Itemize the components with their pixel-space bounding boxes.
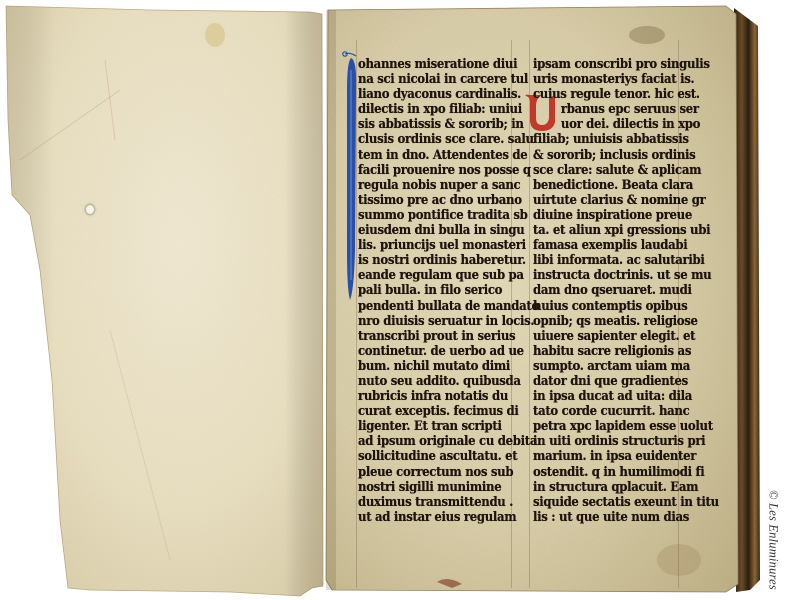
text-line: dilectis in xpo filiab: uniui	[358, 101, 539, 116]
text-line: dator dni que gradientes	[533, 373, 719, 388]
text-line: summo pontifice tradita sb	[358, 207, 539, 222]
text-line: tem in dno. Attendentes de	[358, 147, 539, 162]
text-line: ta. et aliun xpi gressions ubi	[533, 222, 719, 237]
text-line: habitu sacre religionis as	[533, 343, 719, 358]
text-line: uirtute clarius & nomine gr	[533, 192, 719, 207]
text-line: opnib; qs meatis. religiose	[533, 313, 719, 328]
text-line: filiab; uniuisis abbatissis	[533, 131, 719, 146]
text-line: nostri sigilli munimine	[358, 479, 539, 494]
text-line: uor dei. dilectis in xpo	[533, 116, 719, 131]
text-line: famasa exemplis laudabi	[533, 237, 719, 252]
text-line: eiusdem dni bulla in singu	[358, 222, 539, 237]
text-line: ostendit. q in humilimodi fi	[533, 464, 719, 479]
text-line: instructa doctrinis. ut se mu	[533, 267, 719, 282]
text-line: eande regulam que sub pa	[358, 267, 539, 282]
watermark-text: © Les Enluminures	[766, 490, 781, 590]
text-line: sce clare: salute & aplicam	[533, 162, 719, 177]
blue-initial-i	[342, 50, 358, 302]
text-line: siquide sectatis exeunt in titu	[533, 494, 719, 509]
text-line: facili prouenire nos posse q	[358, 162, 539, 177]
text-line: ipsam conscribi pro singulis	[533, 56, 719, 71]
text-line: lis. priuncijs uel monasteri	[358, 237, 539, 252]
left-leaf-vellum	[0, 0, 330, 600]
text-line: petra xpc lapidem esse uolut	[533, 418, 719, 433]
text-column-a: ohannes miseratione diui na sci nicolai …	[358, 56, 539, 524]
text-line: nuto seu addito. quibusda	[358, 373, 539, 388]
text-line: dam dno qseruaret. mudi	[533, 282, 719, 297]
text-line: liano dyaconus cardinalis.	[358, 86, 539, 101]
text-line: pleue correctum nos sub	[358, 464, 539, 479]
text-column-b: ipsam conscribi pro singulis uris monast…	[533, 56, 719, 524]
text-line: pendenti bullata de mandato	[358, 298, 539, 313]
text-line: pali bulla. in filo serico	[358, 282, 539, 297]
text-line: sollicitudine ascultatu. et	[358, 448, 539, 463]
text-line: in structura qplacuit. Eam	[533, 479, 719, 494]
text-line: nro diuisis seruatur in locis.	[358, 313, 539, 328]
manuscript-photo: ohannes miseratione diui na sci nicolai …	[0, 0, 785, 600]
text-line: ligenter. Et tran scripti	[358, 418, 539, 433]
copyright-watermark: © Les Enluminures	[762, 480, 784, 600]
text-line: duximus transmittendu .	[358, 494, 539, 509]
text-line: rubricis infra notatis du	[358, 388, 539, 403]
text-line: marium. in ipsa euidenter	[533, 448, 719, 463]
text-line: regula nobis nuper a sanc	[358, 177, 539, 192]
text-line: benedictione. Beata clara	[533, 177, 719, 192]
text-line: lis : ut que uite num dias	[533, 509, 719, 524]
text-line: transcribi prout in serius	[358, 328, 539, 343]
text-line: continetur. de uerbo ad ue	[358, 343, 539, 358]
text-line: in ipsa ducat ad uita: dila	[533, 388, 719, 403]
text-line: curat exceptis. fecimus di	[358, 403, 539, 418]
right-text-leaf: ohannes miseratione diui na sci nicolai …	[322, 0, 762, 600]
text-line: na sci nicolai in carcere tul	[358, 71, 539, 86]
text-line: ad ipsum originale cu debita	[358, 433, 539, 448]
text-line: tato corde cucurrit. hanc	[533, 403, 719, 418]
vellum-hole	[86, 205, 94, 214]
text-line: clusis ordinis sce clare. salu	[358, 131, 539, 146]
text-line: diuine inspiratione preue	[533, 207, 719, 222]
text-line: & sororib; inclusis ordinis	[533, 147, 719, 162]
text-line: uiuere sapienter elegit. et	[533, 328, 719, 343]
text-line: sis abbatissis & sororib; in	[358, 116, 539, 131]
text-line: tissimo pre ac dno urbano	[358, 192, 539, 207]
text-line: is nostri ordinis haberetur.	[358, 252, 539, 267]
left-blank-leaf	[0, 0, 330, 600]
text-line: libi informata. ac salutaribi	[533, 252, 719, 267]
text-line: uris monasteriys faciat is.	[533, 71, 719, 86]
text-line: bum. nichil mutato dimi	[358, 358, 539, 373]
text-line: rbanus epc seruus ser	[533, 101, 719, 116]
text-line: ohannes miseratione diui	[358, 56, 539, 71]
text-line: sumpto. arctam uiam ma	[533, 358, 719, 373]
text-line: in uiti ordinis structuris pri	[533, 433, 719, 448]
text-line: huius contemptis opibus	[533, 298, 719, 313]
text-line: ut ad instar eius regulam	[358, 509, 539, 524]
text-line: cuius regule tenor. hic est.	[533, 86, 719, 101]
